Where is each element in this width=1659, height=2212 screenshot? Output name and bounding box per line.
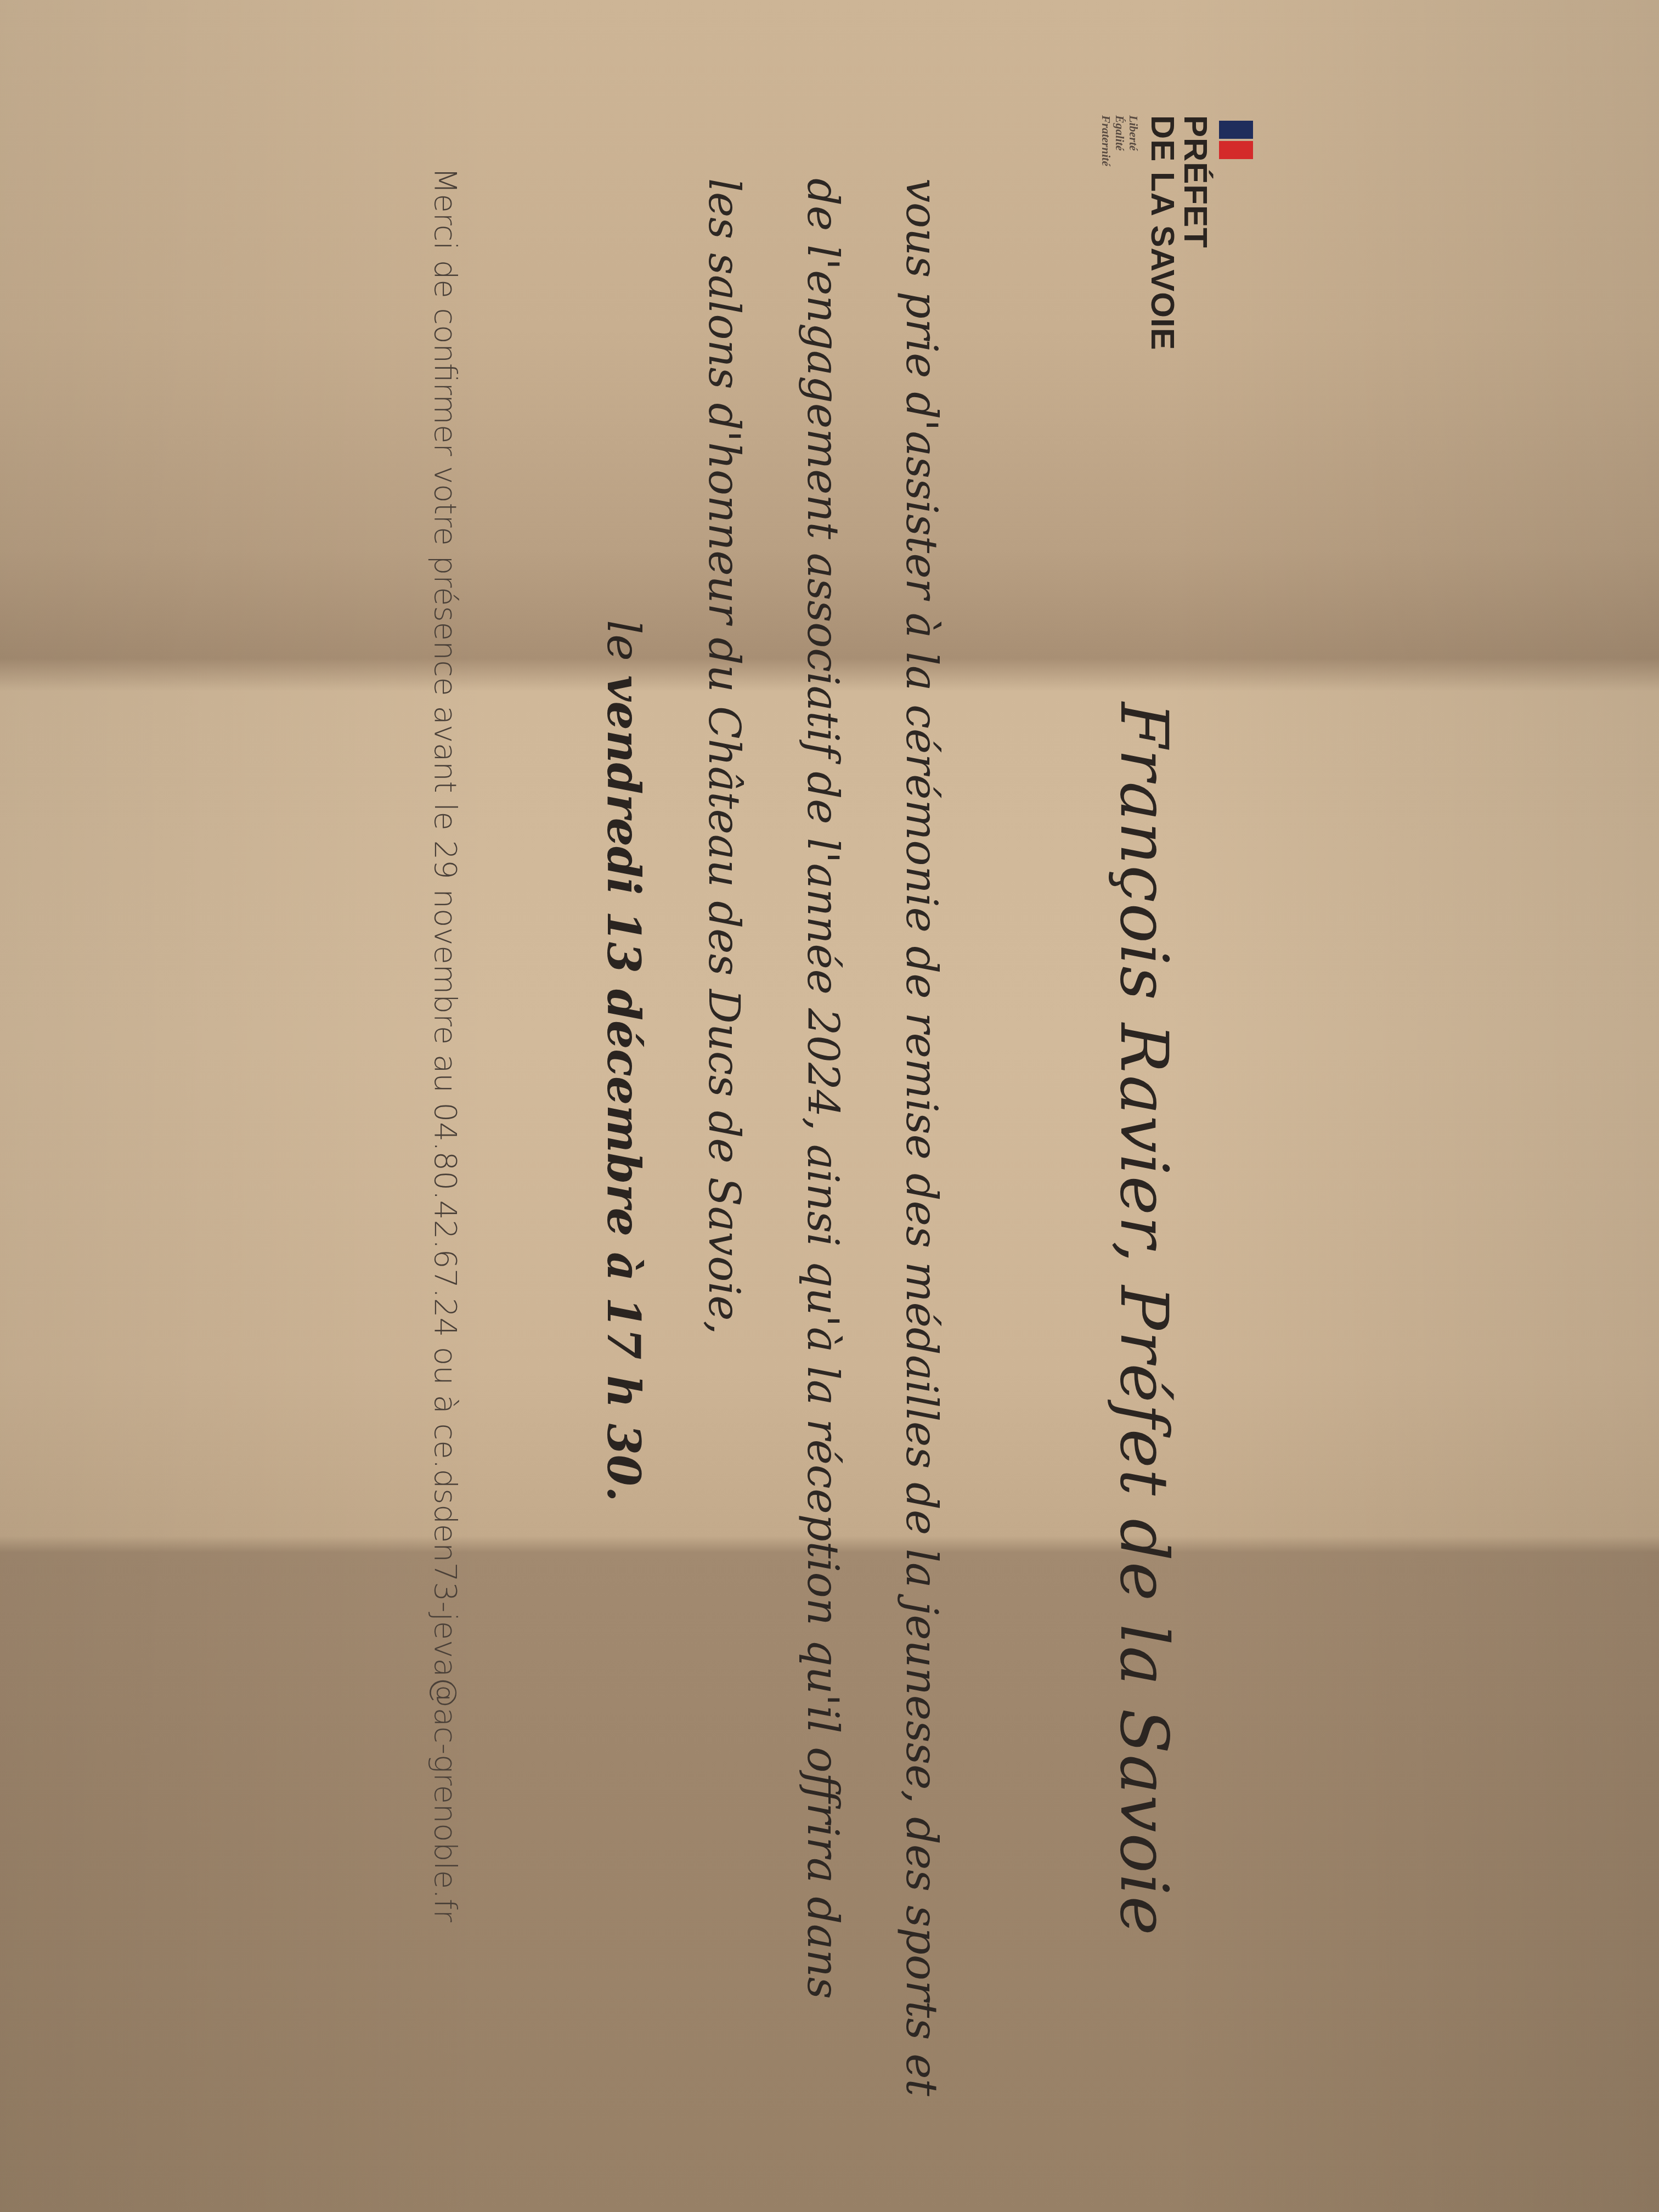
flag-blue-block (1219, 121, 1253, 139)
motto-egalite: Égalité (1113, 115, 1127, 166)
letterhead-title: PRÉFET DE LA SAVOIE (1146, 115, 1212, 351)
letterhead-line1: PRÉFET (1179, 115, 1212, 351)
body-line-2: de l'engagement associatif de l'année 20… (798, 178, 847, 1999)
date-emphasis: vendredi 13 décembre à 17 h 30. (597, 675, 650, 1502)
motto-liberte: Liberté (1127, 115, 1141, 166)
motto-fraternite: Fraternité (1099, 115, 1113, 166)
rsvp-footer: Merci de confirmer votre présence avant … (427, 167, 463, 1922)
invitation-heading: François Ravier, Préfet de la Savoie (1105, 702, 1182, 1936)
body-line-1: vous prie d'assister à la cérémonie de r… (896, 178, 946, 2096)
date-prefix: le (597, 620, 649, 675)
invitation-card: PRÉFET DE LA SAVOIE Liberté Égalité Frat… (0, 0, 1659, 2212)
event-date: le vendredi 13 décembre à 17 h 30. (597, 620, 650, 1502)
body-line-3: les salons d'honneur du Château des Ducs… (699, 178, 748, 1334)
letterhead-line2: DE LA SAVOIE (1146, 115, 1179, 351)
marianne-logo-icon (1219, 121, 1253, 159)
republic-motto: Liberté Égalité Fraternité (1099, 115, 1141, 166)
flag-red-block (1219, 141, 1253, 159)
